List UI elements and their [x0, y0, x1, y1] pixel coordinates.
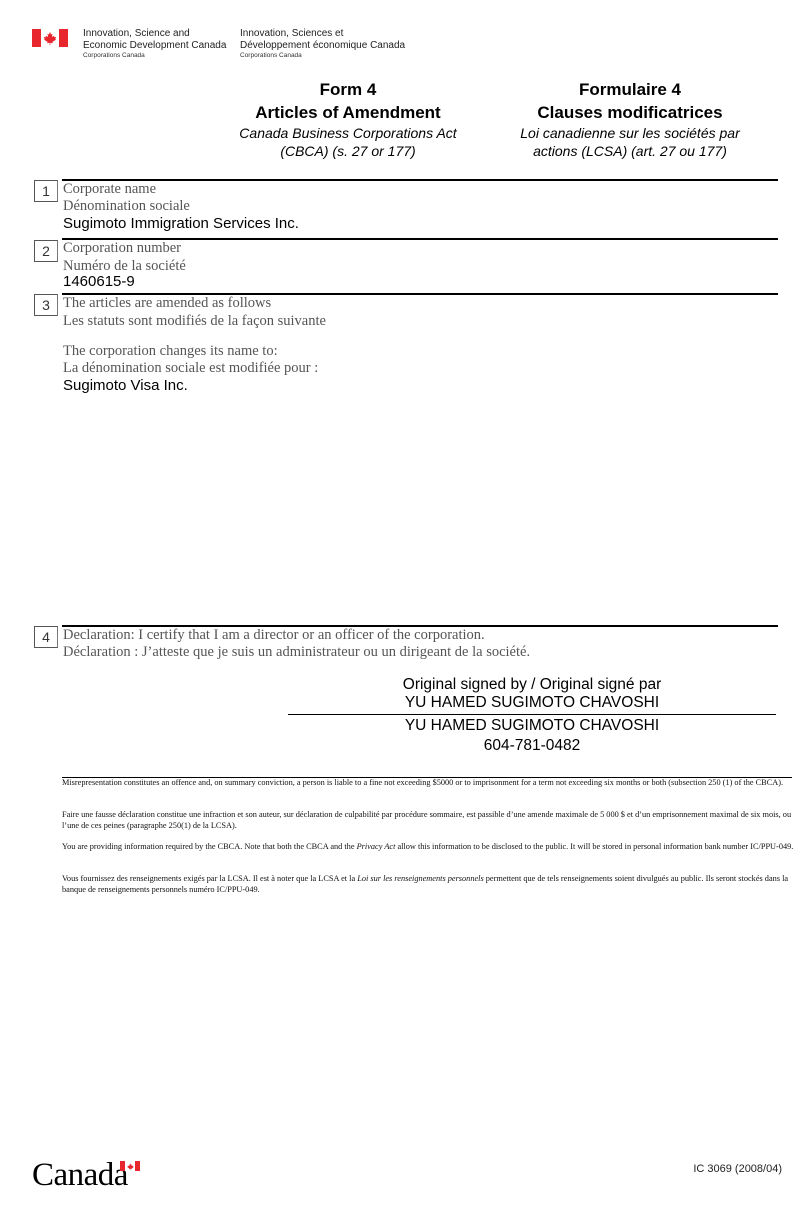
corporate-name-label-fr: Dénomination sociale — [63, 198, 190, 216]
privacy-text: allow this information to be disclosed t… — [395, 842, 793, 851]
department-line: Innovation, Sciences et — [240, 28, 405, 40]
corporate-name-value: Sugimoto Immigration Services Inc. — [63, 215, 299, 233]
canada-wordmark: Canada — [32, 1157, 128, 1193]
section-divider — [62, 179, 778, 181]
department-name-fr: Innovation, Sciences et Développement éc… — [240, 28, 405, 61]
form-name: Articles of Amendment — [222, 101, 474, 124]
form-number: Form 4 — [222, 79, 474, 101]
wordmark-flag-icon — [120, 1161, 140, 1171]
legal-notice-fr: Faire une fausse déclaration constitue u… — [62, 810, 797, 831]
department-line: Innovation, Science and — [83, 28, 226, 40]
amendment-label-en: The articles are amended as follows — [63, 295, 271, 313]
form-name: Clauses modificatrices — [500, 101, 760, 124]
form-title-en: Form 4 Articles of Amendment Canada Busi… — [222, 79, 474, 160]
signature-line — [288, 714, 776, 715]
signature-name: YU HAMED SUGIMOTO CHAVOSHI — [288, 694, 776, 712]
privacy-act-title: Privacy Act — [357, 842, 396, 851]
declaration-text-fr: Déclaration : J’atteste que je suis un a… — [63, 644, 530, 662]
privacy-text: You are providing information required b… — [62, 842, 357, 851]
section-number-box: 1 — [34, 180, 58, 202]
privacy-notice-en: You are providing information required b… — [62, 842, 797, 853]
form-identifier: IC 3069 (2008/04) — [693, 1163, 782, 1175]
act-reference: (CBCA) (s. 27 or 177) — [222, 142, 474, 160]
department-line: Développement économique Canada — [240, 40, 405, 52]
privacy-act-title: Loi sur les renseignements personnels — [357, 874, 483, 883]
corporation-number-label-en: Corporation number — [63, 240, 181, 258]
legal-notice-en: Misrepresentation constitutes an offence… — [62, 778, 797, 789]
amendment-label-fr: Les statuts sont modifiés de la façon su… — [63, 313, 326, 331]
section-number-box: 4 — [34, 626, 58, 648]
branch-name: Corporations Canada — [83, 51, 226, 61]
signed-by-label: Original signed by / Original signé par — [288, 676, 776, 694]
department-name-en: Innovation, Science and Economic Develop… — [83, 28, 226, 61]
canada-flag-icon — [32, 29, 68, 47]
section-number-box: 3 — [34, 294, 58, 316]
declaration-text-en: Declaration: I certify that I am a direc… — [63, 627, 485, 645]
privacy-text: Vous fournissez des renseignements exigé… — [62, 874, 357, 883]
new-corporate-name-value: Sugimoto Visa Inc. — [63, 377, 188, 395]
privacy-notice-fr: Vous fournissez des renseignements exigé… — [62, 874, 797, 895]
corporate-name-label-en: Corporate name — [63, 181, 156, 199]
branch-name: Corporations Canada — [240, 51, 405, 61]
act-reference: actions (LCSA) (art. 27 ou 177) — [500, 142, 760, 160]
act-name: Loi canadienne sur les sociétés par — [500, 124, 760, 142]
name-change-label-en: The corporation changes its name to: — [63, 343, 278, 361]
section-number-box: 2 — [34, 240, 58, 262]
printed-name: YU HAMED SUGIMOTO CHAVOSHI — [288, 717, 776, 735]
form-title-fr: Formulaire 4 Clauses modificatrices Loi … — [500, 79, 760, 160]
department-line: Economic Development Canada — [83, 40, 226, 52]
name-change-label-fr: La dénomination sociale est modifiée pou… — [63, 360, 318, 378]
act-name: Canada Business Corporations Act — [222, 124, 474, 142]
form-number: Formulaire 4 — [500, 79, 760, 101]
phone-number: 604-781-0482 — [288, 737, 776, 755]
corporation-number-value: 1460615-9 — [63, 273, 135, 291]
